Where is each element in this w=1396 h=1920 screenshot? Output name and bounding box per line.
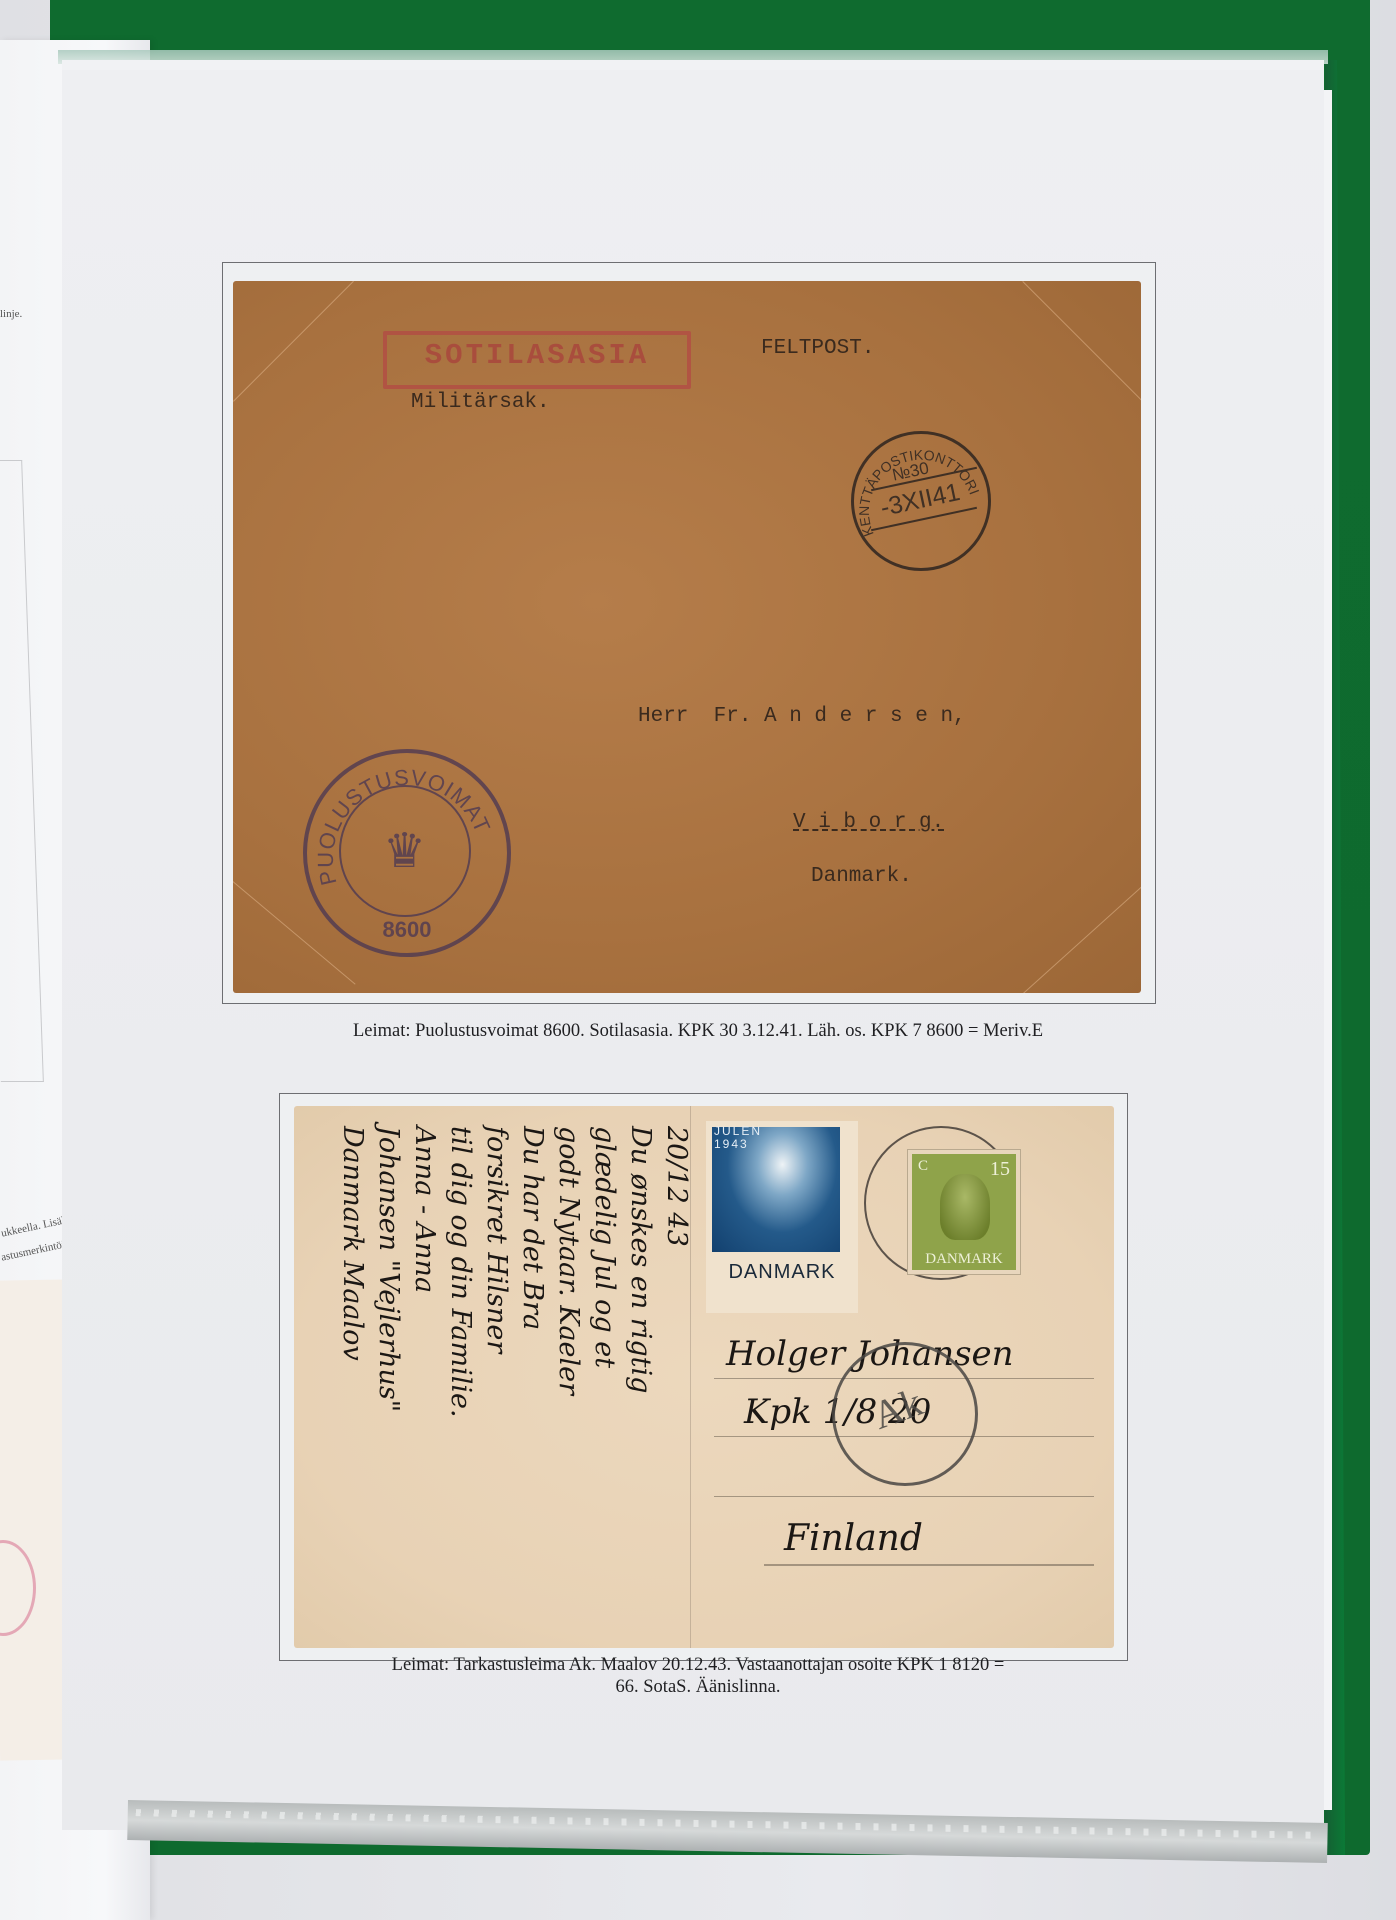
handwritten-message: 20/12 43 Du ønskes en rigtig glædelig Ju… [314,1126,694,1636]
stamp-value: 15 [990,1158,1010,1181]
christmas-seal-label: JULEN 1943 [714,1125,762,1151]
censor-mark-text: Ak [866,1378,928,1439]
kpk30-date-postmark: KENTTÄPOSTIKONTTORI №30 -3XII41 [851,431,991,571]
address-city: V i b o r g. [793,811,944,834]
danish-postcard: 20/12 43 Du ønskes en rigtig glædelig Ju… [294,1106,1114,1648]
danish-15-ore-stamp: C 15 DANMARK [908,1150,1020,1274]
puolustusvoimat-seal: PUOLUSTUSVOIMAT ♛ 8600 [303,749,511,957]
seal-year: 1943 [714,1138,762,1151]
address-name: Herr Fr. A n d e r s e n, [638,705,966,728]
message-line: Du har det Bra [514,1126,550,1626]
message-line: Anna - Anna [406,1126,442,1626]
christmas-seal-country: DANMARK [706,1261,858,1284]
message-line: Du ønskes en rigtig [622,1126,658,1626]
sotilasasia-boxed-stamp: SOTILASASIA [383,331,691,389]
king-portrait [940,1174,990,1240]
postcard-caption: Leimat: Tarkastusleima Ak. Maalov 20.12.… [0,1654,1396,1698]
left-page-item-frame [0,460,44,1082]
seal-inner-ring: ♛ [339,785,471,917]
julen-1943-christmas-seal: JULEN 1943 DANMARK [706,1121,858,1313]
message-line: godt Nytaar. Kaeler [550,1126,586,1626]
address-line [714,1496,1094,1497]
stamp-country: DANMARK [912,1251,1016,1268]
sotilasasia-text: SOTILASASIA [387,339,687,372]
envelope-caption: Leimat: Puolustusvoimat 8600. Sotilasasi… [0,1020,1396,1042]
envelope-flap-crease [1022,281,1141,402]
field-post-envelope: SOTILASASIA Militärsak. FELTPOST. KENTTÄ… [233,281,1141,993]
message-rotated-text: 20/12 43 Du ønskes en rigtig glædelig Ju… [334,1126,694,1626]
crown-monogram-icon: C [918,1158,928,1175]
seal-number: 8600 [307,917,507,943]
postcard-caption-line2: 66. SotaS. Äänislinna. [0,1676,1396,1698]
message-line: til dig og din Familie. [442,1126,478,1626]
left-page-text-fragment: linje. [0,308,22,320]
postcard-frame: 20/12 43 Du ønskes en rigtig glædelig Ju… [279,1093,1128,1661]
envelope-frame: SOTILASASIA Militärsak. FELTPOST. KENTTÄ… [222,262,1156,1004]
postcard-caption-line1: Leimat: Tarkastusleima Ak. Maalov 20.12.… [0,1654,1396,1676]
address-underline [764,1564,1094,1566]
message-line: glædelig Jul og et [586,1126,622,1626]
lion-coat-of-arms-icon: ♛ [383,823,426,879]
message-line: Danmark Maalov [334,1126,370,1626]
recipient-country: Finland [784,1518,923,1559]
message-line: Johansen "Vejlerhus" [370,1126,406,1626]
envelope-flap-crease [1023,879,1141,993]
feltpost-text: FELTPOST. [761,337,874,360]
message-date: 20/12 43 [658,1126,694,1626]
message-line: forsikret Hilsner [478,1126,514,1626]
militarsak-text: Militärsak. [411,391,550,414]
address-country: Danmark. [811,865,912,888]
envelope-flap-crease [233,281,354,402]
censor-mark-ak: Ak [832,1342,978,1486]
left-page-text-fragment: astusmerkintöjä [0,1238,71,1264]
